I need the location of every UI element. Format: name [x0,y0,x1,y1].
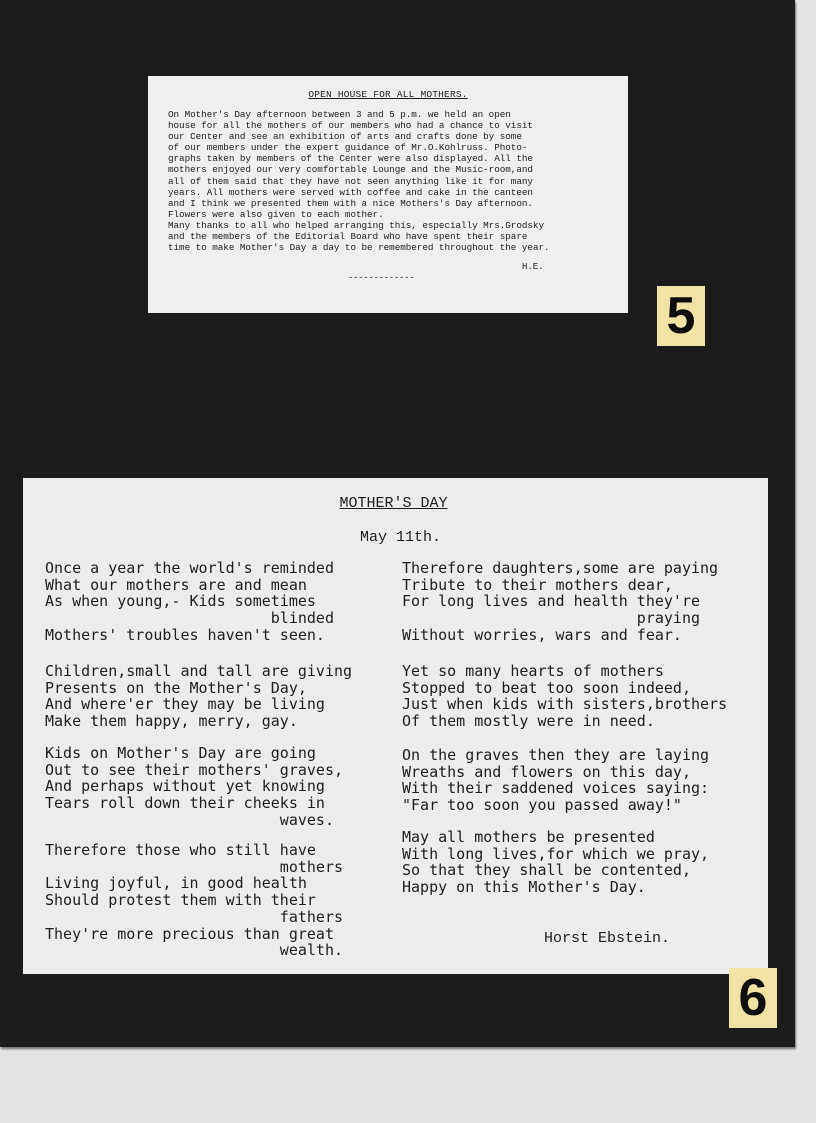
poem-stanza: Once a year the world's reminded What ou… [45,560,334,644]
poem-stanza: Yet so many hearts of mothers Stopped to… [402,663,727,730]
poem-author-signature: Horst Ebstein. [544,930,670,947]
clipping-mothers-day-poem: MOTHER'S DAY May 11th. Once a year the w… [23,478,768,974]
clipping-body: On Mother's Day afternoon between 3 and … [168,109,628,253]
clipping-signature: H.E. [522,262,544,272]
poem-stanza: May all mothers be presented With long l… [402,829,709,896]
divider-rule: ------------- [348,273,414,283]
page-number-badge-5: 5 [657,286,705,346]
poem-stanza: On the graves then they are laying Wreat… [402,747,709,814]
poem-title: MOTHER'S DAY [23,495,768,512]
clipping-open-house: OPEN HOUSE FOR ALL MOTHERS. On Mother's … [148,76,628,313]
poem-stanza: Kids on Mother's Day are going Out to se… [45,745,343,829]
black-scrapbook-page: OPEN HOUSE FOR ALL MOTHERS. On Mother's … [0,0,795,1047]
poem-stanza: Therefore daughters,some are paying Trib… [402,560,718,644]
poem-date: May 11th. [23,529,768,546]
clipping-title: OPEN HOUSE FOR ALL MOTHERS. [148,89,628,100]
poem-stanza: Therefore those who still have mothers L… [45,842,343,959]
poem-stanza: Children,small and tall are giving Prese… [45,663,352,730]
page-number-badge-6: 6 [729,968,777,1028]
